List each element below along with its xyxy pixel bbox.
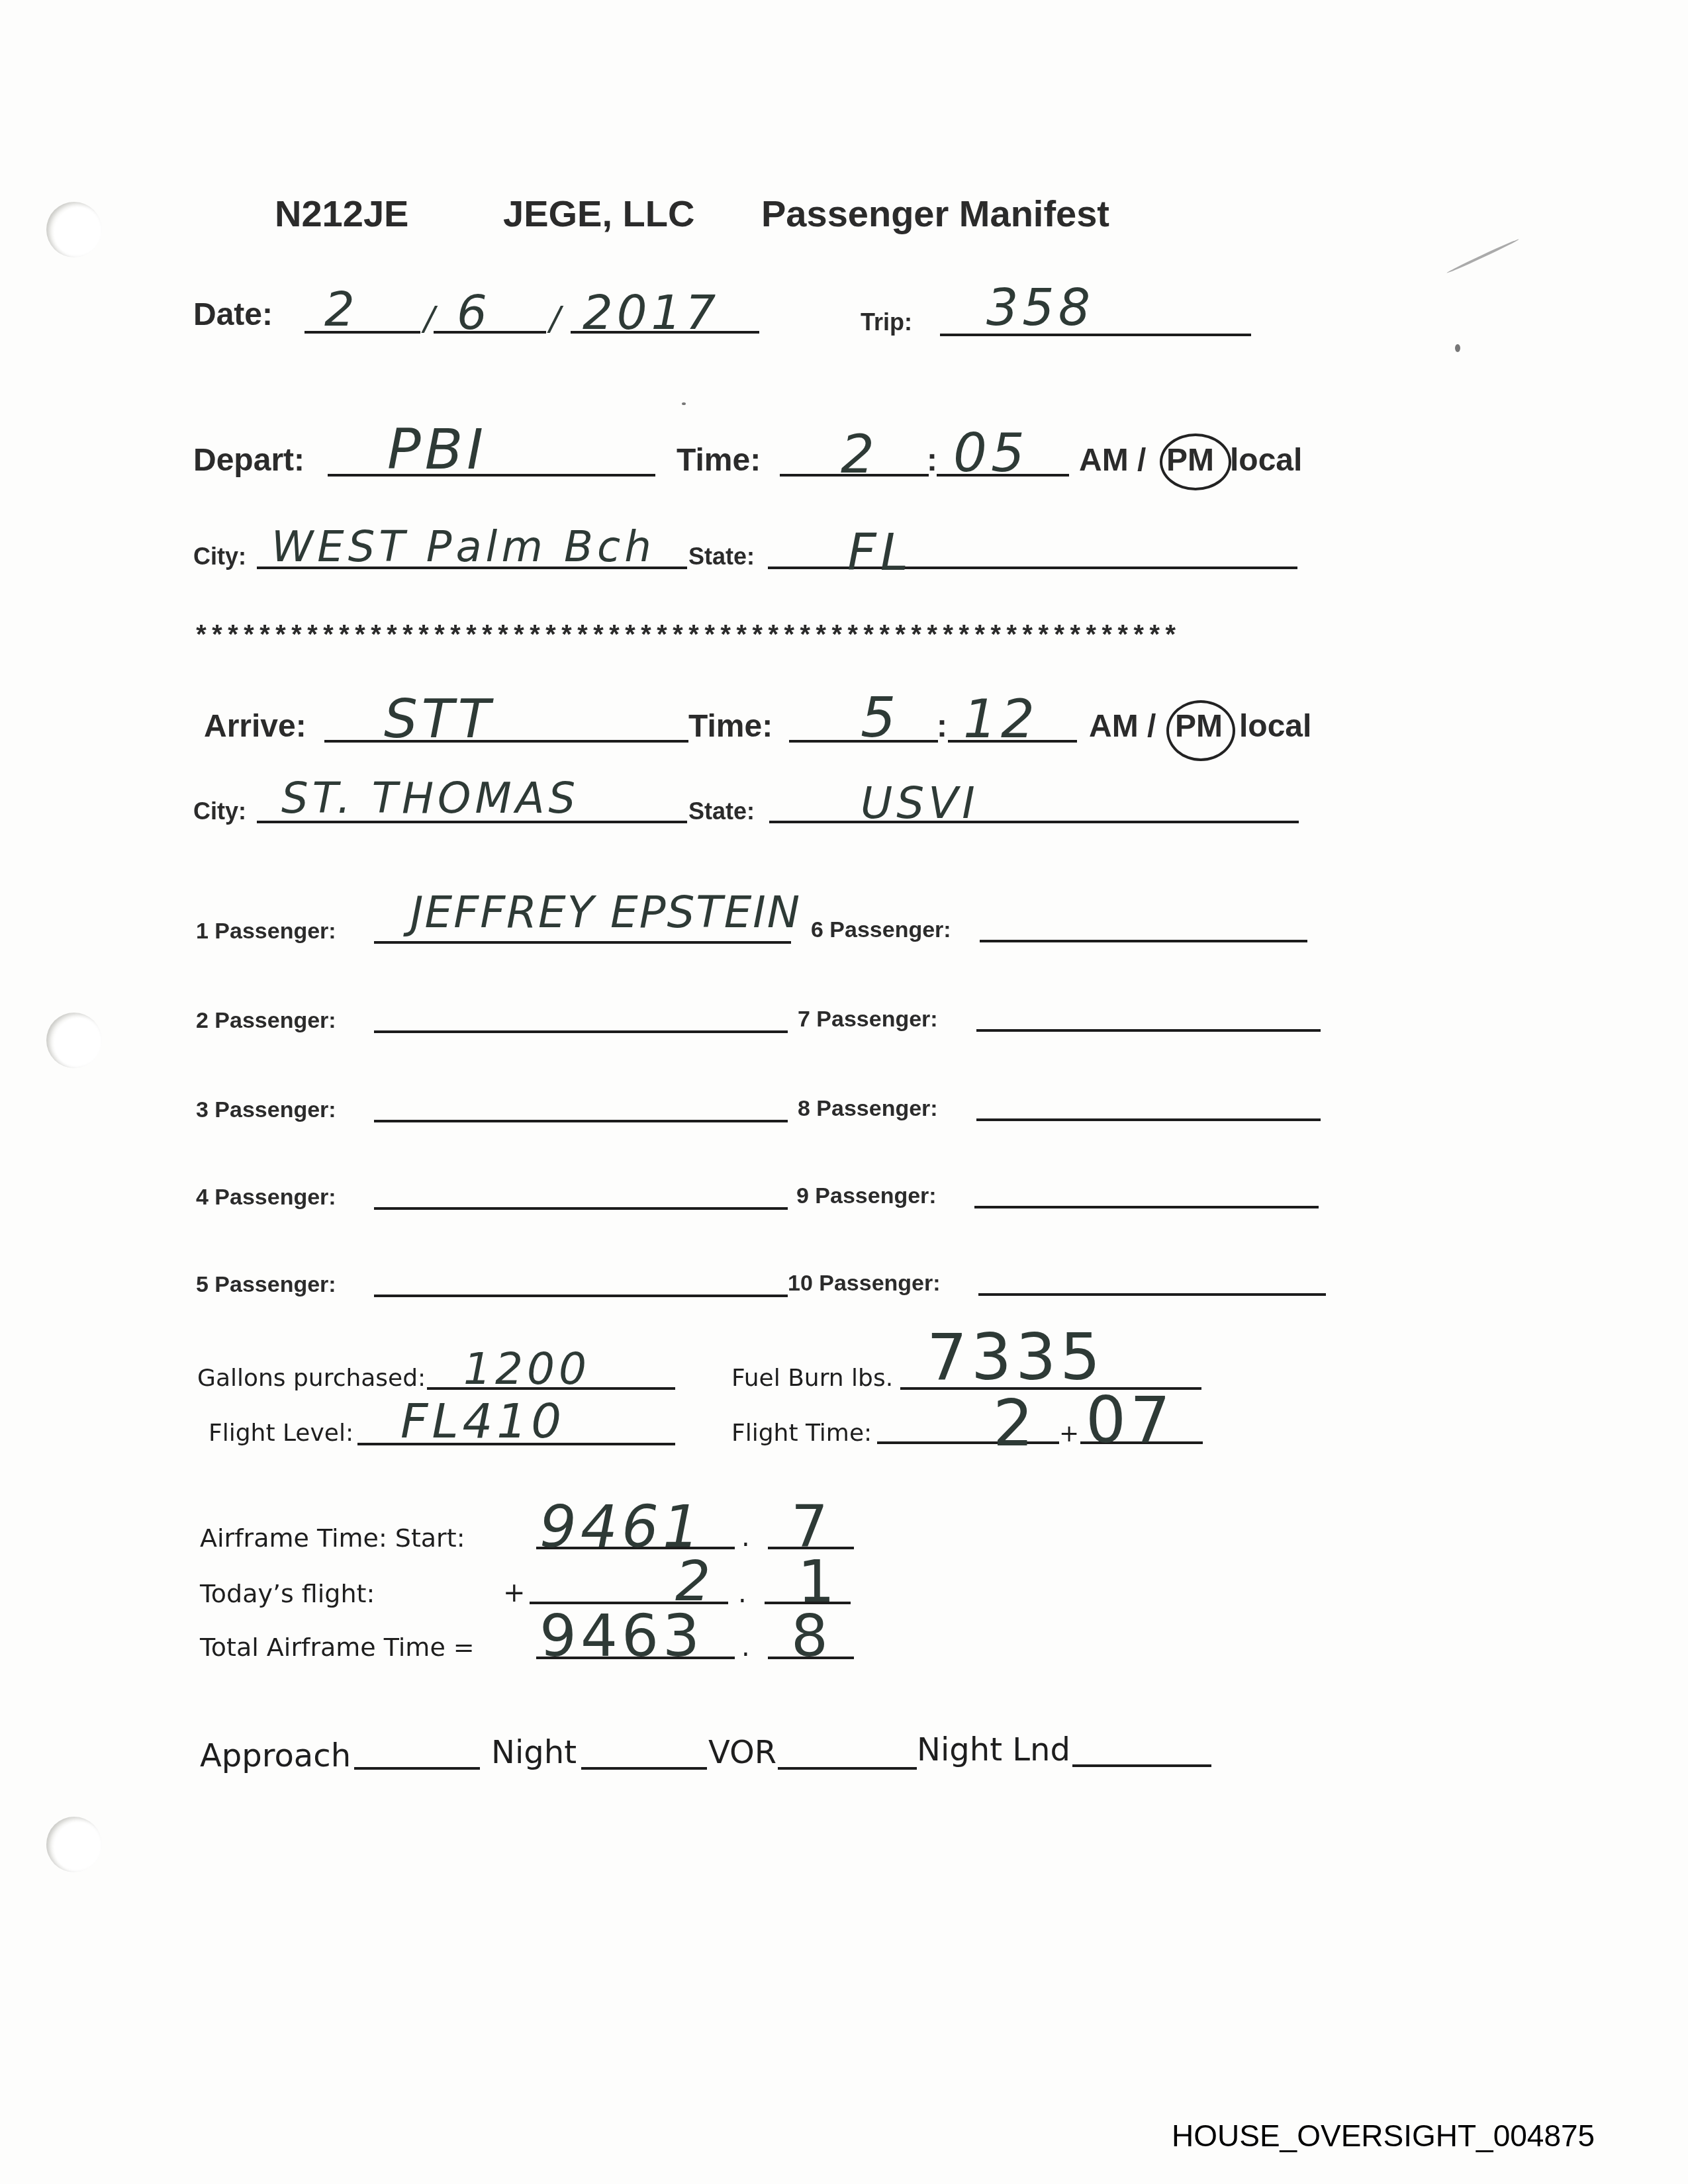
passenger-9-label: 9 Passenger: [796, 1183, 937, 1209]
approach-line[interactable] [354, 1767, 480, 1770]
time-colon: : [937, 708, 947, 745]
flight-time-hours-field[interactable]: 2 [993, 1387, 1037, 1461]
airframe-dot: . [741, 1632, 750, 1662]
time-colon: : [927, 442, 937, 478]
arrive-line [324, 740, 688, 743]
today-plus: + [503, 1578, 526, 1608]
total-airframe-label: Total Airframe Time = [200, 1633, 475, 1662]
today-flight-label: Today’s flight: [200, 1579, 375, 1608]
night-line[interactable] [581, 1767, 707, 1770]
depart-time-label: Time: [677, 442, 761, 478]
passenger-7-label: 7 Passenger: [798, 1007, 938, 1032]
passenger-4-label: 4 Passenger: [196, 1185, 336, 1210]
passenger-6-label: 6 Passenger: [811, 917, 951, 943]
scan-mark [1455, 344, 1460, 352]
depart-state-field[interactable]: FL [847, 523, 912, 582]
scan-mark [682, 402, 686, 405]
flight-level-label: Flight Level: [209, 1420, 353, 1447]
punch-hole [46, 202, 102, 257]
approach-label: Approach [200, 1737, 351, 1774]
arrive-time-label: Time: [688, 708, 773, 745]
total-whole-field[interactable]: 9463 [539, 1602, 704, 1670]
passenger-4-line[interactable] [374, 1207, 788, 1210]
passenger-2-label: 2 Passenger: [196, 1008, 336, 1034]
am-option[interactable]: AM / [1079, 442, 1146, 478]
punch-hole [46, 1817, 102, 1872]
passenger-9-line[interactable] [974, 1206, 1319, 1208]
depart-airport-field[interactable]: PBI [387, 417, 487, 482]
passenger-5-label: 5 Passenger: [196, 1272, 336, 1298]
date-day-field[interactable]: 6 [457, 285, 491, 340]
flight-level-field[interactable]: FL410 [400, 1393, 565, 1449]
passenger-5-line[interactable] [374, 1295, 788, 1297]
total-tenth-field[interactable]: 8 [791, 1602, 832, 1670]
passenger-1-line [374, 941, 791, 944]
night-label: Night [491, 1734, 577, 1771]
passenger-10-label: 10 Passenger: [788, 1271, 941, 1297]
arrive-state-line [769, 821, 1299, 823]
arrive-city-field[interactable]: ST. THOMAS [281, 774, 579, 823]
depart-hour-field[interactable]: 2 [841, 424, 878, 485]
pm-selected-circle [1160, 433, 1231, 490]
depart-minute-field[interactable]: 05 [953, 422, 1029, 484]
arrive-state-label: State: [688, 797, 755, 825]
passenger-1-field[interactable]: JEFFREY EPSTEIN [410, 887, 801, 938]
flight-time-minutes-field[interactable]: 07 [1086, 1383, 1174, 1457]
gallons-label: Gallons purchased: [197, 1365, 426, 1392]
airframe-dot: . [738, 1578, 747, 1609]
passenger-10-line[interactable] [978, 1293, 1326, 1296]
asterisk-separator: ****************************************… [193, 623, 1178, 653]
arrive-airport-field[interactable]: STT [384, 688, 494, 750]
fuel-burn-label: Fuel Burn lbs. [731, 1365, 893, 1392]
passenger-3-line[interactable] [374, 1120, 788, 1122]
depart-city-label: City: [193, 543, 246, 570]
passenger-2-line[interactable] [374, 1030, 788, 1033]
night-lnd-line[interactable] [1072, 1764, 1211, 1767]
scan-mark [1446, 238, 1519, 274]
arrive-city-label: City: [193, 797, 246, 825]
trip-number-field[interactable]: 358 [986, 278, 1094, 337]
manifest-page: N212JE JEGE, LLC Passenger Manifest Date… [0, 0, 1688, 2184]
arrive-minute-field[interactable]: 12 [963, 688, 1039, 750]
flight-time-label: Flight Time: [731, 1420, 872, 1447]
vor-label: VOR [708, 1734, 776, 1771]
local-label: local [1239, 708, 1311, 745]
depart-state-label: State: [688, 543, 755, 570]
depart-label: Depart: [193, 442, 305, 478]
date-separator: / [549, 299, 565, 338]
passenger-8-line[interactable] [976, 1118, 1321, 1121]
date-label: Date: [193, 296, 273, 333]
trip-label: Trip: [861, 308, 912, 336]
passenger-3-label: 3 Passenger: [196, 1097, 336, 1123]
arrive-hour-field[interactable]: 5 [861, 685, 900, 750]
date-month-line [305, 331, 420, 334]
date-year-field[interactable]: 2017 [583, 285, 720, 340]
passenger-1-label: 1 Passenger: [196, 919, 336, 944]
date-month-field[interactable]: 2 [324, 281, 359, 337]
company-name: JEGE, LLC [503, 192, 694, 235]
fuel-burn-field[interactable]: 7335 [927, 1320, 1104, 1394]
vor-line[interactable] [778, 1767, 917, 1770]
night-lnd-label: Night Lnd [917, 1731, 1070, 1768]
tail-number: N212JE [275, 192, 408, 235]
pm-selected-circle [1166, 700, 1235, 761]
depart-city-field[interactable]: WEST Palm Bch [271, 523, 655, 572]
bates-number: HOUSE_OVERSIGHT_004875 [1172, 2118, 1595, 2154]
passenger-8-label: 8 Passenger: [798, 1096, 938, 1122]
form-title: Passenger Manifest [761, 192, 1109, 235]
local-label: local [1230, 442, 1302, 478]
arrive-state-field[interactable]: USVI [861, 778, 979, 829]
am-option[interactable]: AM / [1089, 708, 1156, 745]
depart-line [328, 474, 655, 477]
airframe-start-label: Airframe Time: Start: [200, 1524, 465, 1553]
passenger-6-line[interactable] [980, 940, 1307, 942]
airframe-dot: . [741, 1522, 750, 1553]
passenger-7-line[interactable] [976, 1029, 1321, 1032]
punch-hole [46, 1013, 102, 1068]
flight-time-plus: + [1059, 1420, 1079, 1447]
gallons-field[interactable]: 1200 [463, 1343, 590, 1394]
arrive-label: Arrive: [204, 708, 306, 745]
